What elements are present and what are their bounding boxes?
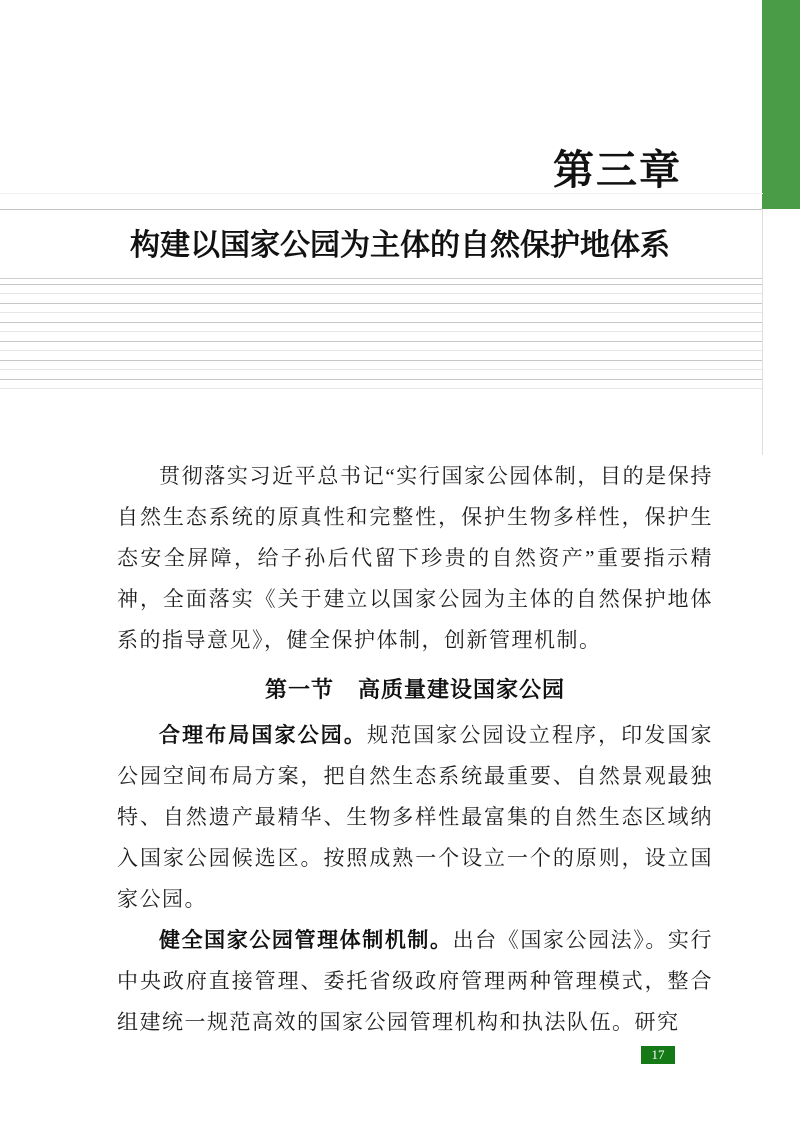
paragraph-lead: 合理布局国家公园。 (159, 723, 367, 747)
section-title: 高质量建设国家公园 (358, 677, 565, 702)
page-number-badge: 17 (641, 1046, 675, 1064)
vertical-divider-line (762, 209, 763, 455)
green-accent-bar (762, 0, 800, 209)
paragraph-lead: 健全国家公园管理体制机制。 (159, 928, 453, 952)
body-text-column: 贯彻落实习近平总书记“实行国家公园体制，目的是保持自然生态系统的原真性和完整性，… (117, 456, 713, 1043)
chapter-label: 第三章 (0, 144, 682, 196)
divider-line (0, 209, 763, 210)
paragraph-text: 贯彻落实习近平总书记“实行国家公园体制，目的是保持自然生态系统的原真性和完整性，… (117, 464, 713, 652)
body-paragraph: 贯彻落实习近平总书记“实行国家公园体制，目的是保持自然生态系统的原真性和完整性，… (117, 456, 713, 661)
body-paragraph: 合理布局国家公园。规范国家公园设立程序，印发国家公园空间布局方案，把自然生态系统… (117, 715, 713, 920)
empty-ruled-lines (0, 284, 763, 391)
section-heading: 第一节高质量建设国家公园 (117, 670, 713, 710)
chapter-title: 构建以国家公园为主体的自然保护地体系 (0, 221, 800, 271)
section-number: 第一节 (265, 677, 334, 702)
divider-line (0, 278, 763, 279)
document-page: 第三章 构建以国家公园为主体的自然保护地体系 贯彻落实习近平总书记“实行国家公园… (0, 0, 800, 1131)
paragraph-text: 规范国家公园设立程序，印发国家公园空间布局方案，把自然生态系统最重要、自然景观最… (117, 723, 713, 911)
body-paragraph: 健全国家公园管理体制机制。出台《国家公园法》。实行中央政府直接管理、委托省级政府… (117, 920, 713, 1043)
